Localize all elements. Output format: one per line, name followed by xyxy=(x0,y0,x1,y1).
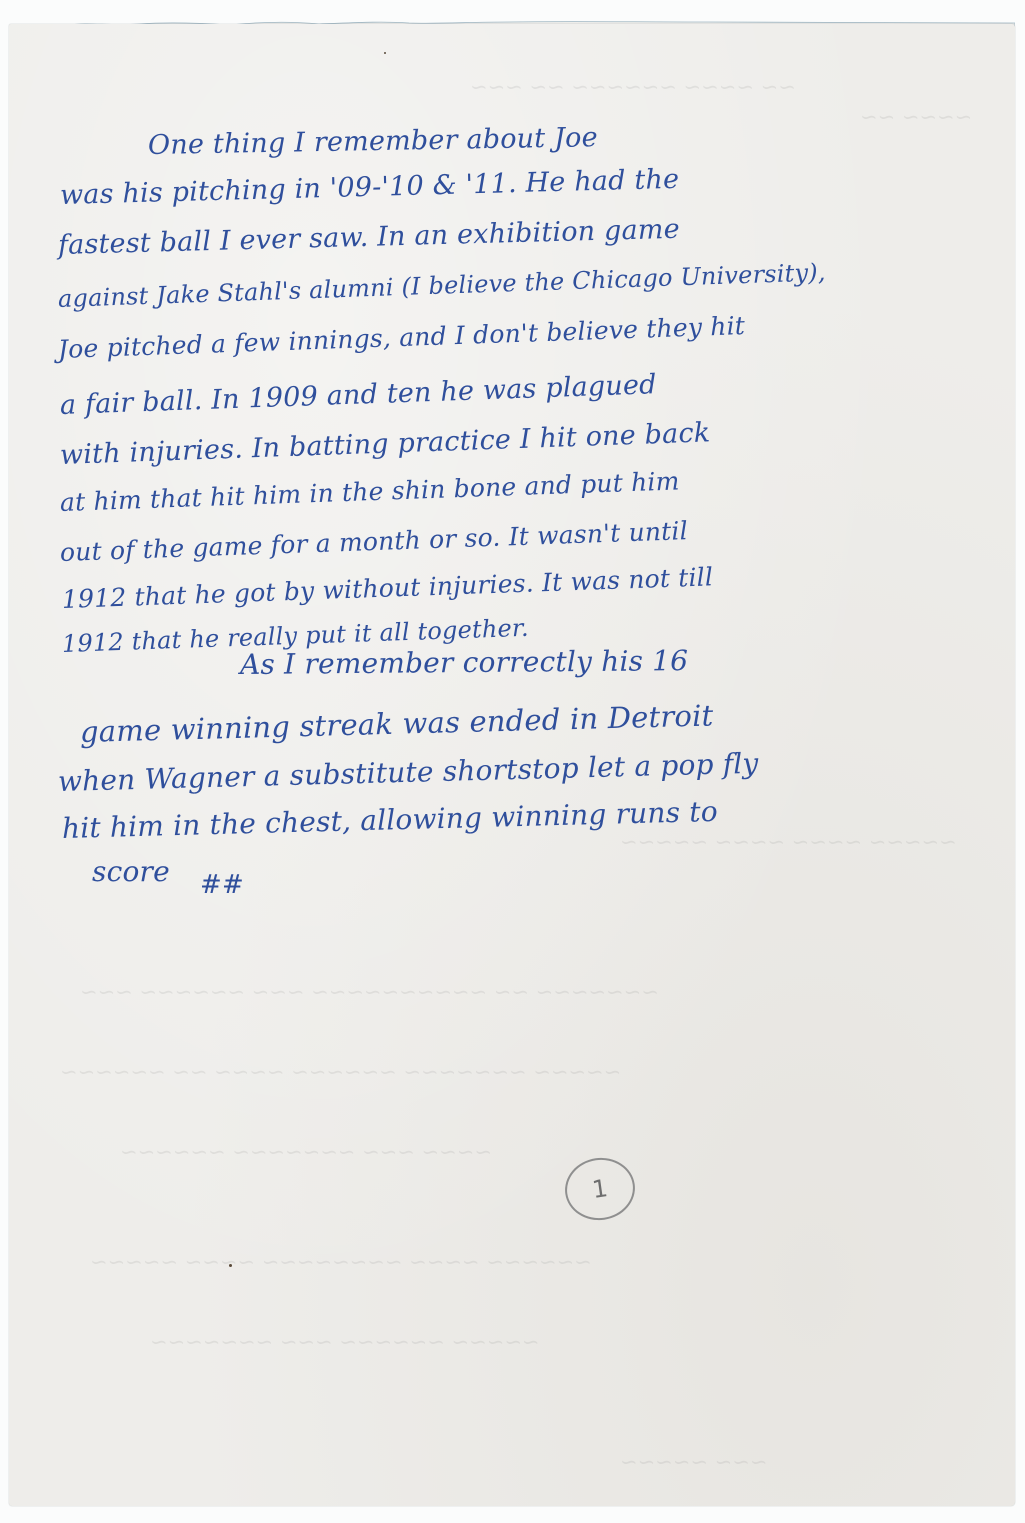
bleed-through-text: ~~~~~ ~~~~ ~~~~ ~~~~~ xyxy=(620,830,957,854)
bleed-through-text: ~~~~ ~~~ ~~~~~~~ ~~~~~~ xyxy=(120,1140,492,1164)
bleed-through-text: ~~~~~ ~~~~~~ ~~~ ~~~~~~~ xyxy=(150,1330,540,1354)
bleed-through-text: ~~~~~ ~~~~~~~ ~~~~~~ ~~~~ ~~ ~~~~~~ xyxy=(60,1060,621,1084)
bleed-through-text: ~~~~~~ ~~~~ ~~~~~~~~ ~~~~ ~~~~~ xyxy=(90,1250,592,1274)
bleed-through-text: ~~~~ ~~ xyxy=(860,105,972,129)
bleed-through-text: ~~~~~~~ ~~ ~~~~~~~~~~ ~~~ ~~~~~~ ~~~ xyxy=(80,980,659,1004)
handwritten-line: As I remember correctly his 16 xyxy=(240,644,689,681)
paper-speck xyxy=(384,52,386,54)
handwritten-line: score xyxy=(92,855,170,888)
bleed-through-text: ~~ ~~~~ ~~~~~~ ~~ ~~~ xyxy=(470,75,796,99)
paper-speck xyxy=(229,1264,232,1267)
bleed-through-text: ~~~ ~~~~~ xyxy=(620,1450,767,1474)
end-mark: ## xyxy=(200,870,244,900)
